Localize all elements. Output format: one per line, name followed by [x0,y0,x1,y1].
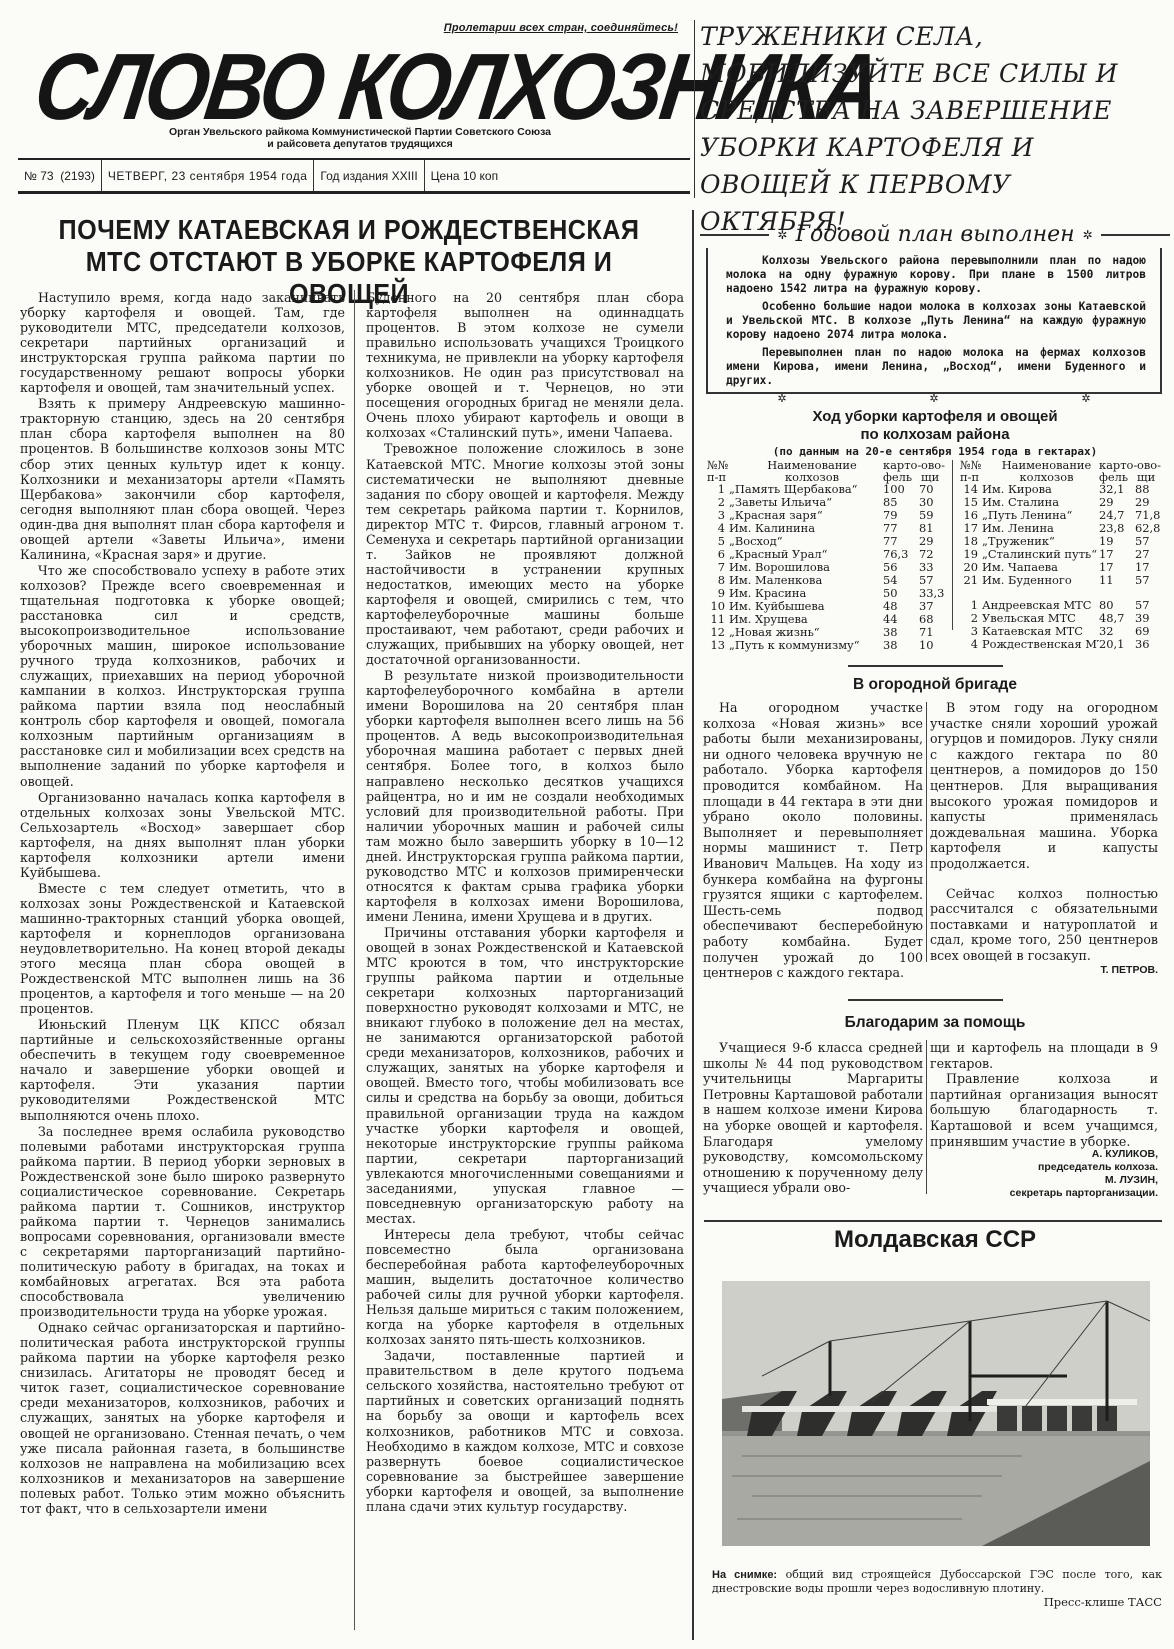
table-row: 4Рождественская МТС20,136 [960,638,1165,651]
column-divider [354,290,355,1630]
mts-table-body: 1Андреевская МТС80572Увельская МТС48,739… [960,599,1165,651]
table-divider [952,460,953,630]
row-potato-ha: 38 [883,639,919,652]
dam-illustration-icon [722,1281,1150,1546]
row-potato-ha: 11 [1099,574,1135,587]
column-divider [692,210,694,1640]
brigade-article-title: В огородной бригаде [700,676,1170,694]
col-header-veg: ово- щи [1137,459,1165,483]
thanks-article-column-2: щи и картофель на площади в 9 гектаров. … [930,1040,1158,1149]
paragraph: Особенно большие надои молока в колхозах… [726,300,1146,342]
annual-plan-title: Годовой план выполнен [795,222,1074,247]
table-body: 1„Память Щербакова“100702„Заветы Ильича“… [707,483,949,652]
star-divider: ✲ ✲ ✲ [706,392,1162,405]
row-collective-name: „Красный Урал“ [729,548,883,561]
slogan-divider [694,20,695,198]
rule [1101,234,1170,236]
star-icon: ✲ [1081,392,1090,405]
paragraph: щи и картофель на площади в 9 гектаров. [930,1040,1158,1071]
publisher-line-2: и райсовета депутатов трудящихся [110,138,610,150]
paragraph: Вместе с тем следует отметить, что в кол… [20,881,345,1016]
paragraph: Организованно началась копка картофеля в… [20,790,345,880]
row-potato-ha: 20,1 [1099,638,1135,651]
paragraph: Взять к примеру Андреевскую машинно-трак… [20,396,345,562]
table-row: 6„Красный Урал“76,372 [707,548,949,561]
photo-credit: Пресс-клише ТАСС [900,1595,1162,1609]
row-vegetable-ha: 57 [1135,574,1165,587]
paragraph: Что же способствовало успеху в работе эт… [20,563,345,789]
section-divider [848,999,1003,1001]
price: Цена 10 коп [425,160,504,191]
section-divider [848,665,1003,667]
row-collective-name: „Память Щербакова“ [729,483,883,496]
col-header-name: Наименование колхозов [994,459,1099,483]
brigade-article-column-2: В этом году на огородном участке сняли х… [930,700,1158,977]
col-header-num: №№ п-п [707,459,741,483]
row-collective-name: Им. Ленина [982,522,1099,535]
harvest-table-title-line-1: Ход уборки картофеля и овощей [700,408,1170,426]
paragraph: Однако сейчас организаторская и партийно… [20,1320,345,1516]
table-header: №№ п-п Наименование колхозов карто- фель… [707,459,949,483]
table-row: 4Им. Калинина7781 [707,522,949,535]
publisher-line-1: Орган Увельского райкома Коммунистическо… [110,126,610,138]
section-divider [704,1220,1162,1222]
row-collective-name: Им. Сталина [982,496,1099,509]
issue-total-value: (2193) [60,169,95,183]
column-divider [926,702,927,962]
table-row: 3„Красная заря“7959 [707,509,949,522]
issue-info-bar: № 73 (2193) ЧЕТВЕРГ, 23 сентября 1954 го… [18,158,690,194]
paragraph: Задачи, поставленные партией и правитель… [366,1348,684,1514]
table-row: 12„Новая жизнь“3871 [707,626,949,639]
table-header: №№ п-п Наименование колхозов карто- фель… [960,459,1165,483]
harvest-table-right: №№ п-п Наименование колхозов карто- фель… [960,459,1165,651]
harvest-table-subtitle: (по данным на 20-е сентября 1954 года в … [700,445,1170,458]
row-collective-name: Увельская МТС [982,612,1099,625]
row-collective-name: Андреевская МТС [982,599,1099,612]
row-collective-name: Им. Хрущева [729,613,883,626]
column-divider [926,1040,927,1194]
issue-date-value: ЧЕТВЕРГ, 23 сентября 1954 года [108,169,308,183]
star-icon: ✲ [1083,228,1093,242]
row-collective-name: „Новая жизнь“ [729,626,883,639]
row-collective-name: Им. Калинина [729,522,883,535]
row-collective-name: Им. Маленкова [729,574,883,587]
caption-label: На снимке: [712,1569,777,1581]
row-collective-name: „Заветы Ильича“ [729,496,883,509]
table-row: 2„Заветы Ильича“8530 [707,496,949,509]
table-row: 21Им. Буденного1157 [960,574,1165,587]
row-number: 13 [707,639,729,652]
paragraph: Правление колхоза и партийная организаци… [930,1071,1158,1149]
table-row: 10Им. Куйбышева4837 [707,600,949,613]
row-collective-name: Им. Ворошилова [729,561,883,574]
photo-caption: На снимке: общий вид строящейся Дубоссар… [712,1568,1162,1595]
paragraph: Тревожное положение сложилось в зоне Кат… [366,441,684,667]
issue-number: № 73 (2193) [18,160,102,191]
main-article-column-2: Буденного на 20 сентября план сбора карт… [366,290,684,1515]
table-row: 13„Путь к коммунизму“3810 [707,639,949,652]
publication-year: Год издания XXIII [314,160,424,191]
thanks-signatures: А. КУЛИКОВ, председатель колхоза. М. ЛУЗ… [930,1148,1158,1200]
row-collective-name: Им. Буденного [982,574,1099,587]
issue-date: ЧЕТВЕРГ, 23 сентября 1954 года [102,160,315,191]
paragraph: Сейчас колхоз полностью рассчитался с об… [930,886,1158,964]
table-row: 8Им. Маленкова5457 [707,574,949,587]
paragraph: Июньский Пленум ЦК КПСС обязал партийные… [20,1017,345,1122]
paragraph: Перевыполнен план по надою молока на фер… [726,346,1146,388]
photo-feature-title: Молдавская ССР [700,1226,1170,1254]
row-collective-name: „Труженик“ [982,535,1099,548]
row-collective-name: „Путь к коммунизму“ [729,639,883,652]
harvest-table-title-line-2: по колхозам района [700,426,1170,444]
col-header-potato: карто- фель [1099,459,1137,483]
paragraph: На огородном участке колхоза «Новая жизн… [703,700,923,981]
paragraph: Буденного на 20 сентября план сбора карт… [366,290,684,440]
publisher-line: Орган Увельского райкома Коммунистическо… [110,126,610,150]
paragraph: В результате низкой производительности к… [366,668,684,924]
paragraph: Интересы дела требуют, чтобы сейчас повс… [366,1227,684,1347]
author-signature: Т. ПЕТРОВ. [930,964,1158,977]
col-header-name: Наименование колхозов [741,459,883,483]
thanks-article-title: Благодарим за помощь [700,1014,1170,1032]
row-number: 21 [960,574,982,587]
paragraph: В этом году на огородном участке сняли х… [930,700,1158,872]
paragraph: Учащиеся 9-б класса средней школы № 44 п… [703,1040,923,1196]
star-icon: ✲ [929,392,938,405]
annual-plan-heading: ✲ Годовой план выполнен ✲ [700,222,1170,247]
star-icon: ✲ [777,228,787,242]
table-row: 9Им. Красина5033,3 [707,587,949,600]
row-collective-name: Катаевская МТС [982,625,1099,638]
row-collective-name: „Сталинский путь“ [982,548,1099,561]
signature-role: секретарь парторганизации. [930,1187,1158,1200]
row-vegetable-ha: 36 [1135,638,1165,651]
col-header-potato: карто- фель [883,459,921,483]
main-article-column-1: Наступило время, когда надо заканчивать … [20,290,345,1517]
caption-text: общий вид строящейся Дубоссарской ГЭС по… [712,1568,1162,1595]
table-row: 5„Восход“7729 [707,535,949,548]
row-collective-name: „Красная заря“ [729,509,883,522]
dam-construction-photo [722,1281,1150,1546]
row-collective-name: Им. Чапаева [982,561,1099,574]
col-header-veg: ово- щи [921,459,949,483]
table-row: 1„Память Щербакова“10070 [707,483,949,496]
paragraph: Наступило время, когда надо заканчивать … [20,290,345,395]
table-body: 14Им. Кирова32,18815Им. Сталина292916„Пу… [960,483,1165,587]
slogan: ТРУЖЕНИКИ СЕЛА, МОБИЛИЗУЙТЕ ВСЕ СИЛЫ И С… [700,18,1160,240]
row-collective-name: Рождественская МТС [982,638,1099,651]
thanks-article-column-1: Учащиеся 9-б класса средней школы № 44 п… [703,1040,923,1196]
harvest-table-left: №№ п-п Наименование колхозов карто- фель… [707,459,949,652]
row-collective-name: Им. Куйбышева [729,600,883,613]
row-collective-name: „Путь Ленина“ [982,509,1099,522]
paragraph: За последнее время ослабила руководство … [20,1124,345,1320]
table-row: 7Им. Ворошилова5633 [707,561,949,574]
signature-name: А. КУЛИКОВ, [930,1148,1158,1161]
rule [700,234,769,236]
issue-number-value: № 73 [24,169,54,183]
paragraph: Колхозы Увельского района перевыполнили … [726,254,1146,296]
row-number: 4 [960,638,982,651]
row-collective-name: Им. Красина [729,587,883,600]
row-vegetable-ha: 10 [919,639,949,652]
row-collective-name: „Восход“ [729,535,883,548]
paragraph: Причины отставания уборки картофеля и ов… [366,925,684,1226]
star-icon: ✲ [777,392,786,405]
harvest-table-title: Ход уборки картофеля и овощей по колхоза… [700,408,1170,444]
row-collective-name: Им. Кирова [982,483,1099,496]
table-row: 11Им. Хрущева4468 [707,613,949,626]
signature-role: председатель колхоза. [930,1161,1158,1174]
brigade-article-column-1: На огородном участке колхоза «Новая жизн… [703,700,923,981]
annual-plan-box: Колхозы Увельского района перевыполнили … [706,248,1162,394]
signature-name: М. ЛУЗИН, [930,1174,1158,1187]
col-header-num: №№ п-п [960,459,994,483]
